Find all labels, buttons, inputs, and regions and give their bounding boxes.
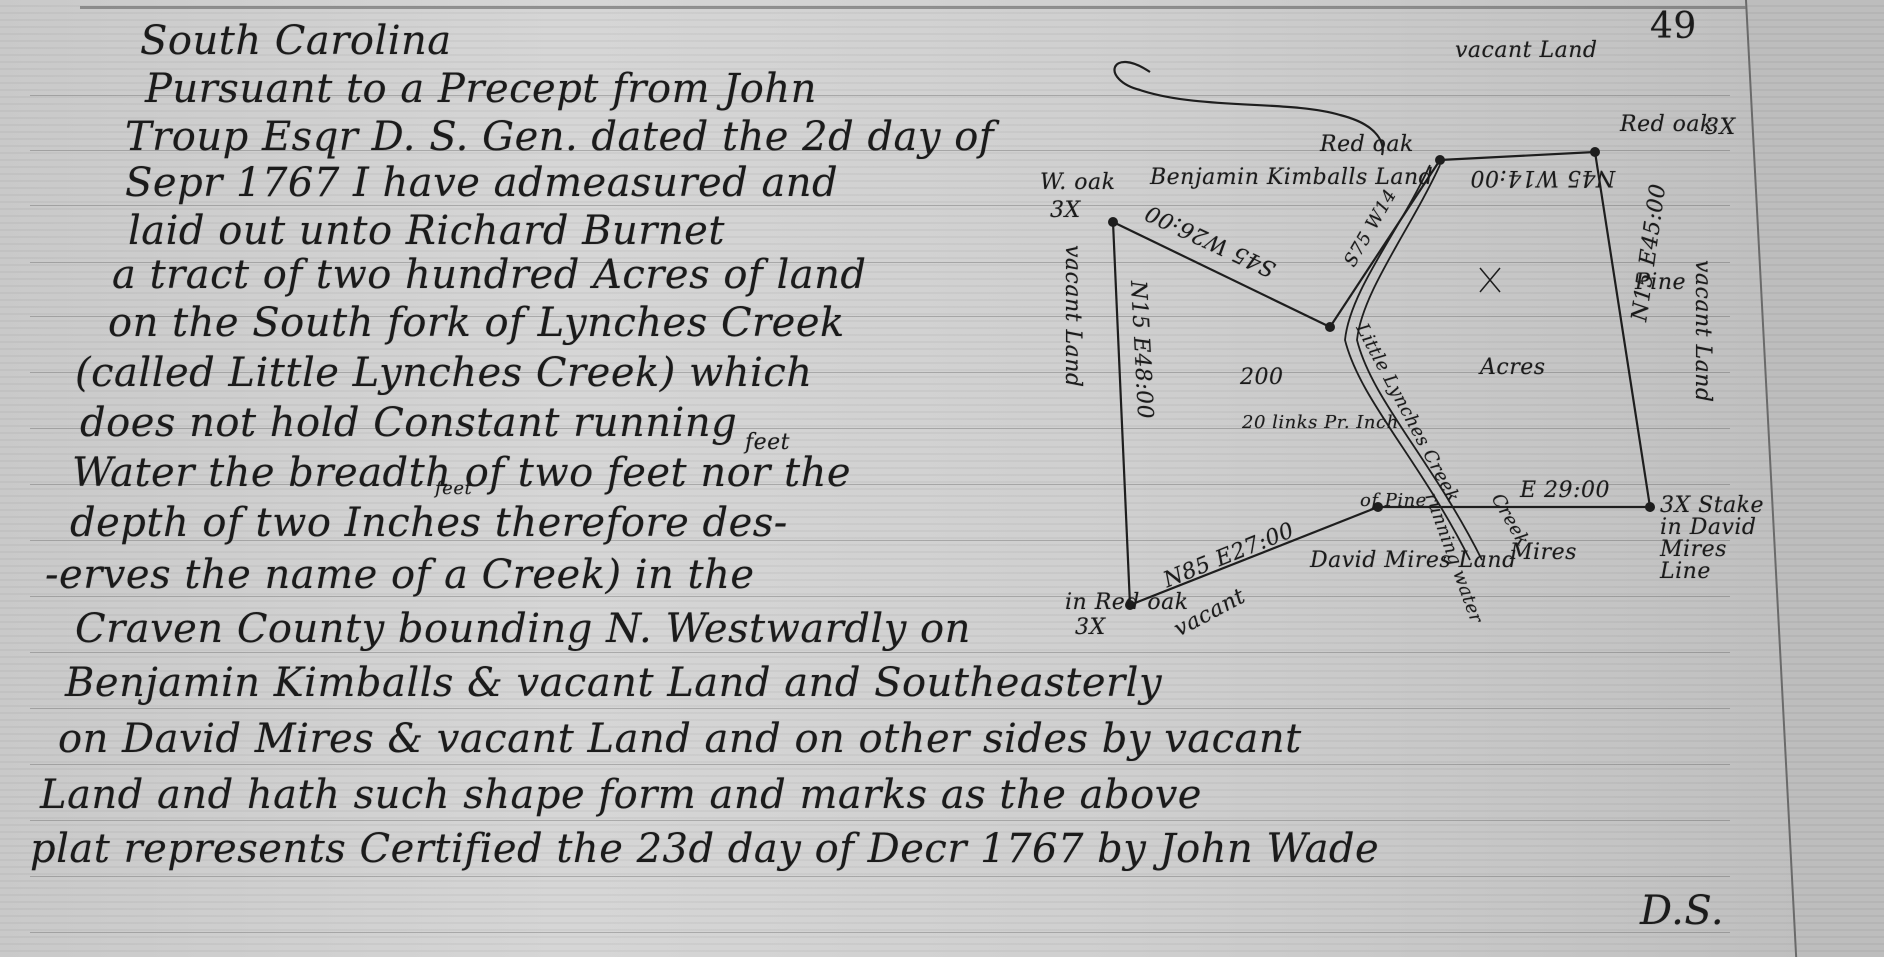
adjoining-kimball: Benjamin Kimballs Land (1150, 165, 1433, 190)
plat-line-east (1595, 152, 1650, 507)
adjoining-north-top: vacant Land (1455, 38, 1597, 63)
bearing-north: N45 W14:00 (1470, 165, 1615, 190)
plat-line-north (1440, 152, 1595, 160)
chain-note: 20 links Pr. Inch (1242, 412, 1399, 433)
adjoining-david-mires: David Mires Land (1310, 548, 1517, 573)
adjoining-east-vacant: vacant Land (1690, 260, 1715, 402)
bearing-southeast: E 29:00 (1520, 478, 1610, 503)
creek-mid-label: of Pine (1360, 490, 1427, 511)
corner-junction (1325, 322, 1335, 332)
acreage-label: 200 (1240, 365, 1284, 390)
corner-ne (1590, 147, 1600, 157)
corner-nw (1108, 217, 1118, 227)
corner-nw-label: W. oak (1040, 170, 1115, 195)
corner-nw-mark: 3X (1050, 198, 1081, 223)
corner-sw-mark: 3X (1075, 615, 1106, 640)
corner-se-label: 3X Stake in David Mires Line (1660, 495, 1770, 583)
corner-ne-mark: 3X (1705, 115, 1736, 140)
document-page: 49 South Carolina Pursuant to a Precept … (0, 0, 1884, 957)
corner-n-label: Red oak (1320, 132, 1414, 157)
corner-se (1645, 502, 1655, 512)
corner-ne-label: Red oak (1620, 112, 1714, 137)
corner-n (1435, 155, 1445, 165)
adjoining-west-vacant: vacant Land (1060, 245, 1085, 387)
plat-line-west (1113, 222, 1130, 605)
corner-sw-label: in Red oak (1065, 590, 1189, 615)
acres-word: Acres (1480, 355, 1546, 380)
